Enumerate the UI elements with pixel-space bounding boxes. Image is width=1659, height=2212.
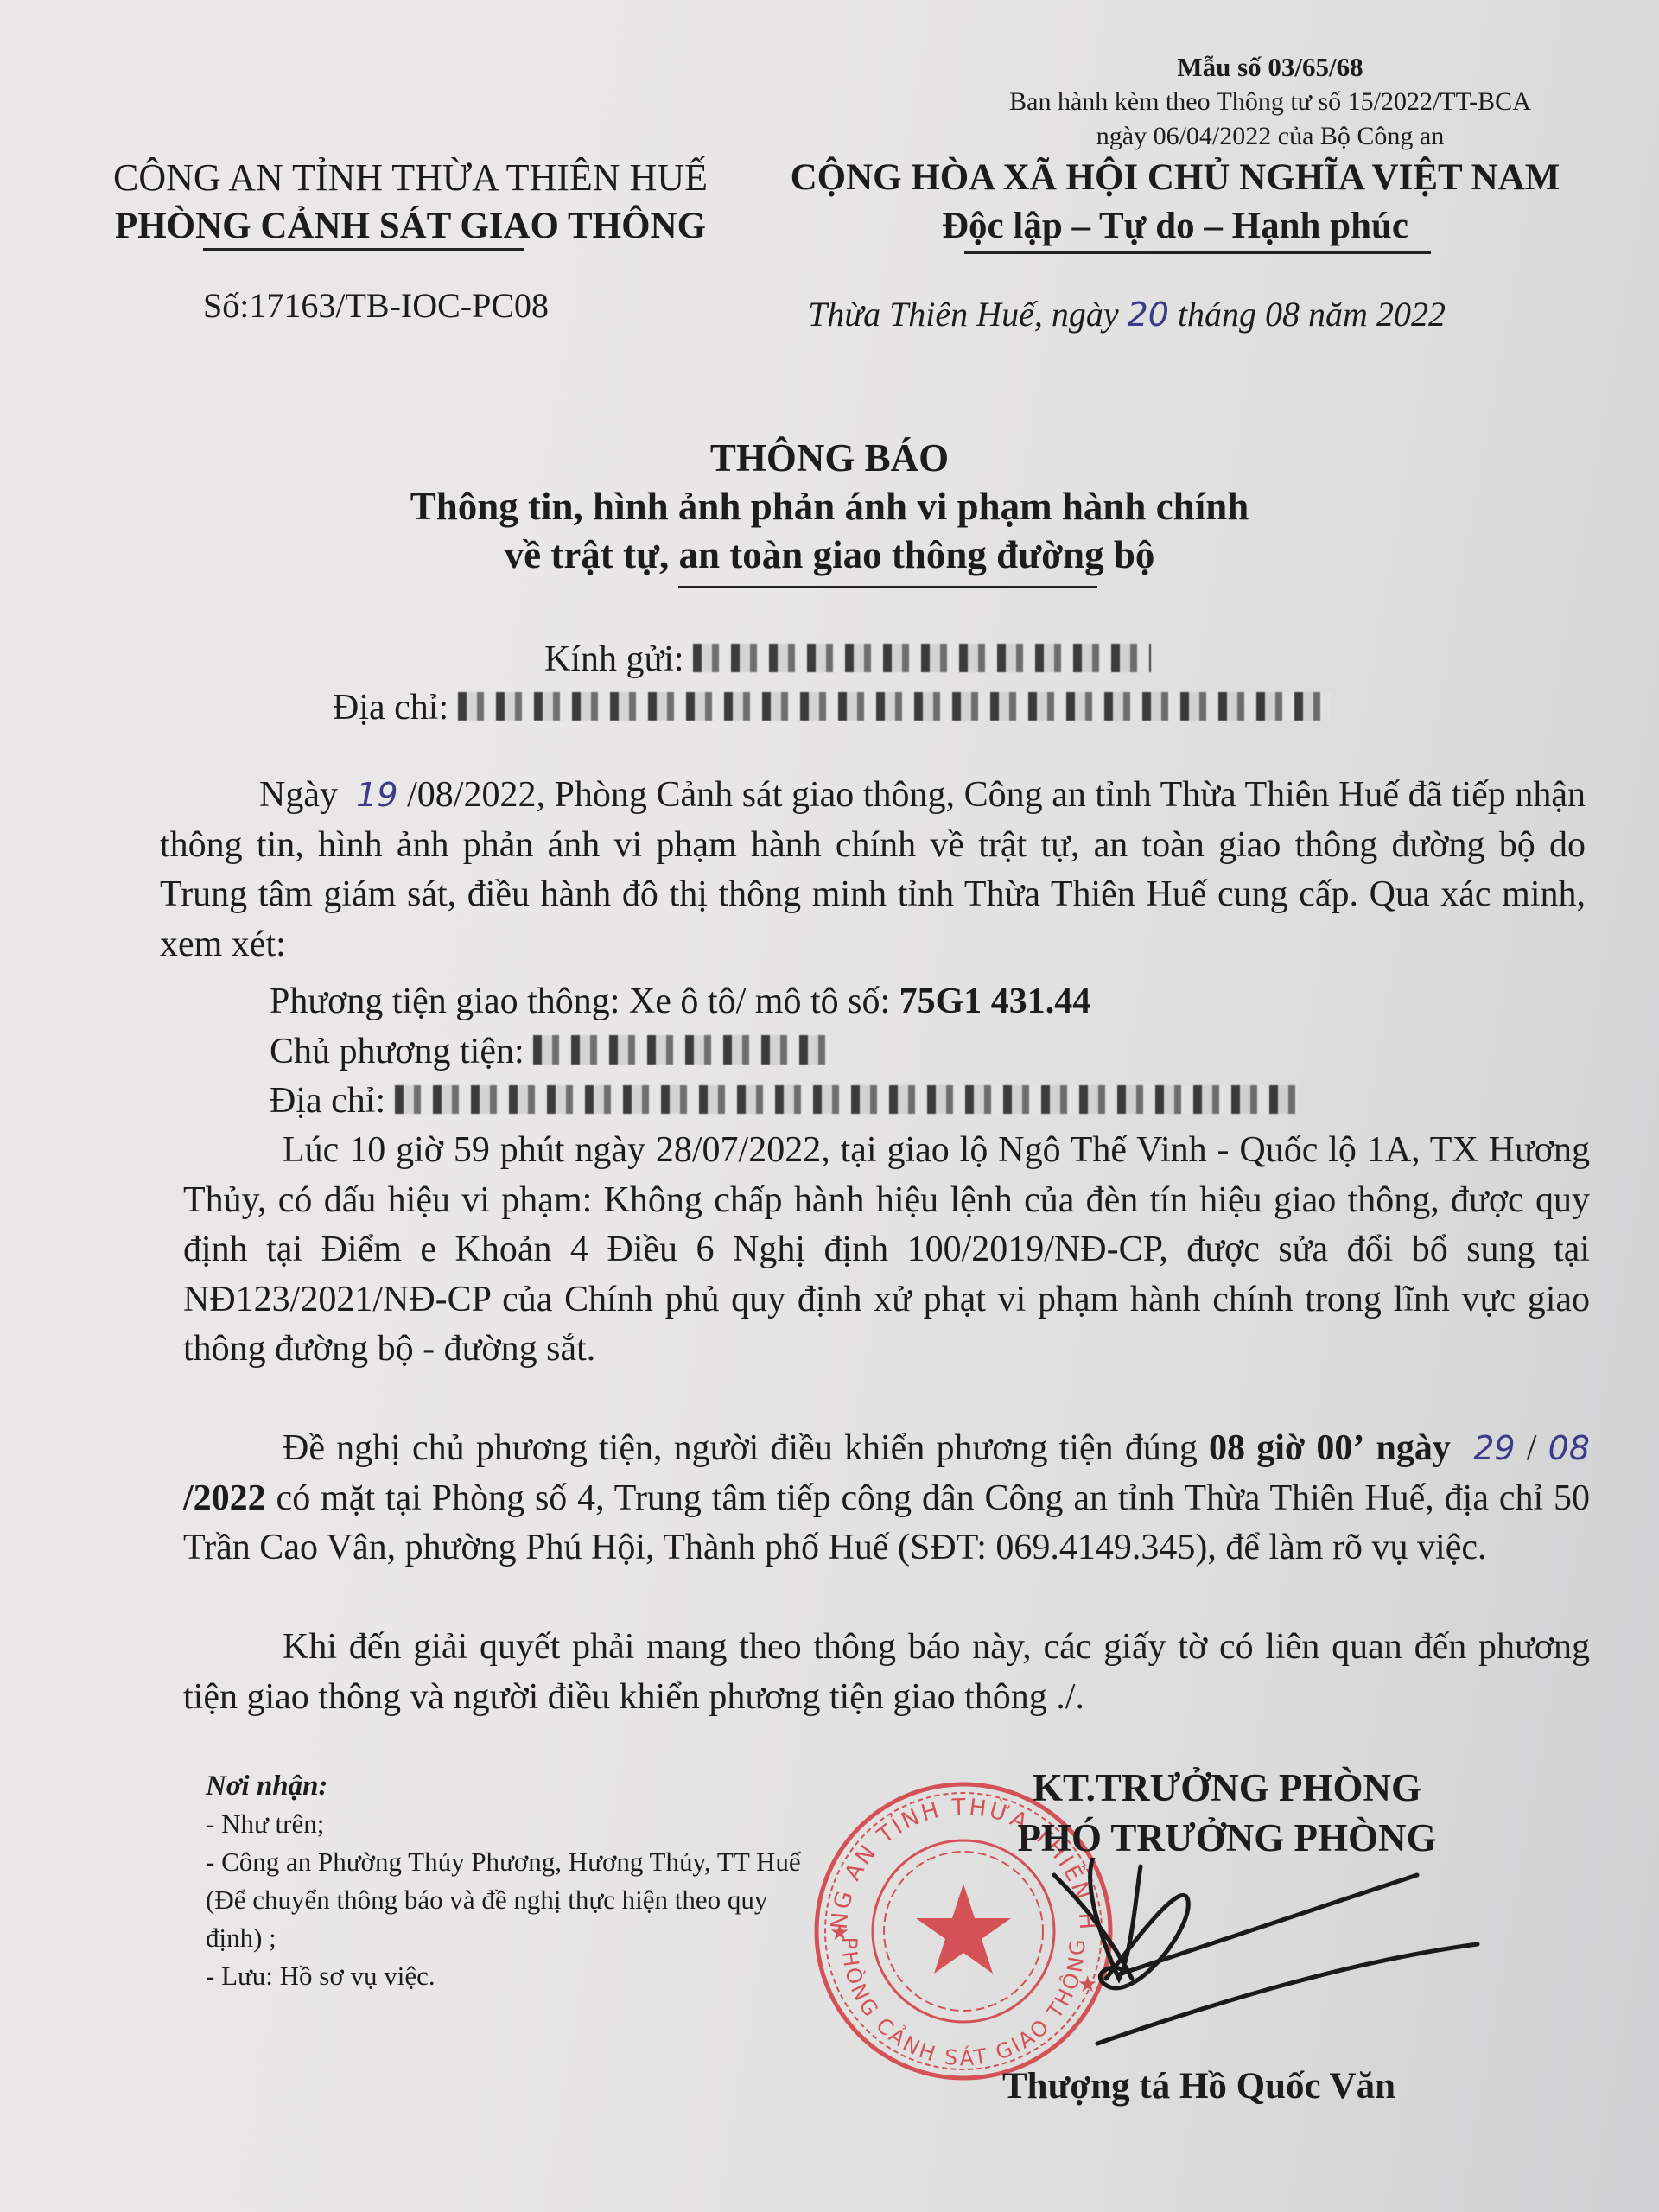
title-sub-1: Thông tin, hình ảnh phản ánh vi phạm hàn… [259,482,1400,531]
signature-line-1: KT.TRƯỞNG PHÒNG [985,1763,1469,1813]
paragraph-receipt: Ngày 19 /08/2022, Phòng Cảnh sát giao th… [160,771,1586,969]
distribution-item: - Như trên; [206,1805,828,1843]
distribution-item: - Công an Phường Thủy Phương, Hương Thủy… [206,1843,828,1957]
svg-text:★: ★ [829,1920,849,1945]
vehicle-info: Phương tiện giao thông: Xe ô tô/ mô tô s… [270,977,1618,1127]
form-reference: Mẫu số 03/65/68 Ban hành kèm theo Thông … [933,50,1607,154]
document-title: THÔNG BÁO Thông tin, hình ảnh phản ánh v… [259,434,1400,579]
place-date-prefix: Thừa Thiên Huế, ngày [808,295,1119,334]
handwritten-received-day: 19 [356,776,397,814]
agency-parent: CÔNG AN TỈNH THỪA THIÊN HUẾ [78,154,743,202]
form-issued-date: ngày 06/04/2022 của Bộ Công an [933,119,1607,154]
agency-department: PHÒNG CẢNH SÁT GIAO THÔNG [78,202,743,251]
distribution-list: Nơi nhận: - Như trên; - Công an Phường T… [206,1767,828,1995]
address-label: Địa chỉ: [333,688,448,728]
appointment-ngay: ngày [1376,1428,1451,1468]
handwritten-appointment-month: 08 [1548,1429,1590,1467]
title-sub-2: về trật tự, an toàn giao thông đường bộ [259,531,1400,579]
to-label: Kính gửi: [544,639,684,679]
paragraph-summons: Đề nghị chủ phương tiện, người điều khiể… [183,1424,1590,1573]
redacted-recipient-address [458,692,1331,721]
p3-text-a: Đề nghị chủ phương tiện, người điều khiể… [283,1428,1198,1468]
license-plate: 75G1 431.44 [899,982,1091,1021]
place-date-suffix: tháng 08 năm 2022 [1178,295,1446,334]
owner-label: Chủ phương tiện: [270,1032,524,1071]
title-main: THÔNG BÁO [259,434,1400,482]
motto-underline [964,251,1431,254]
distribution-heading: Nơi nhận: [206,1767,828,1805]
agency-underline [203,248,524,251]
p1-prefix: Ngày [259,775,338,815]
handwritten-signature-icon [1037,1858,1486,2056]
handwritten-appointment-day: 29 [1473,1429,1515,1467]
date-separator: / [1527,1428,1537,1468]
recipient-block: Kính gửi: Địa chỉ: [333,635,1331,732]
redacted-recipient-name [693,644,1151,673]
national-motto: Độc lập – Tự do – Hạnh phúc [760,202,1590,251]
paragraph-violation: Lúc 10 giờ 59 phút ngày 28/07/2022, tại … [183,1126,1590,1375]
signature-title: KT.TRƯỞNG PHÒNG PHÓ TRƯỞNG PHÒNG [985,1763,1469,1863]
title-underline [678,586,1097,588]
appointment-time: 08 giờ 00’ [1209,1428,1364,1468]
paragraph-instructions: Khi đến giải quyết phải mang theo thông … [183,1623,1590,1722]
vehicle-label: Phương tiện giao thông: Xe ô tô/ mô tô s… [270,982,890,1021]
redacted-owner-name [533,1035,831,1065]
distribution-item: - Lưu: Hồ sơ vụ việc. [206,1957,828,1995]
national-header: CỘNG HÒA XÃ HỘI CHỦ NGHĨA VIỆT NAM Độc l… [760,154,1590,251]
signature-line-2: PHÓ TRƯỞNG PHÒNG [985,1813,1469,1863]
redacted-owner-address [395,1085,1298,1115]
issuing-agency: CÔNG AN TỈNH THỪA THIÊN HUẾ PHÒNG CẢNH S… [78,154,743,251]
form-number: Mẫu số 03/65/68 [933,50,1607,85]
appointment-year: /2022 [183,1478,266,1518]
place-and-date: Thừa Thiên Huế, ngày 20 tháng 08 năm 202… [808,294,1446,334]
document-number: Số:17163/TB-IOC-PC08 [203,285,549,326]
handwritten-day: 20 [1128,296,1169,334]
owner-address-label: Địa chỉ: [270,1081,385,1121]
nation-name: CỘNG HÒA XÃ HỘI CHỦ NGHĨA VIỆT NAM [760,154,1590,202]
form-issued-with: Ban hành kèm theo Thông tư số 15/2022/TT… [933,85,1607,119]
p3-text-b: có mặt tại Phòng số 4, Trung tâm tiếp cô… [183,1478,1590,1568]
signer-name: Thượng tá Hồ Quốc Văn [1002,2065,1395,2107]
